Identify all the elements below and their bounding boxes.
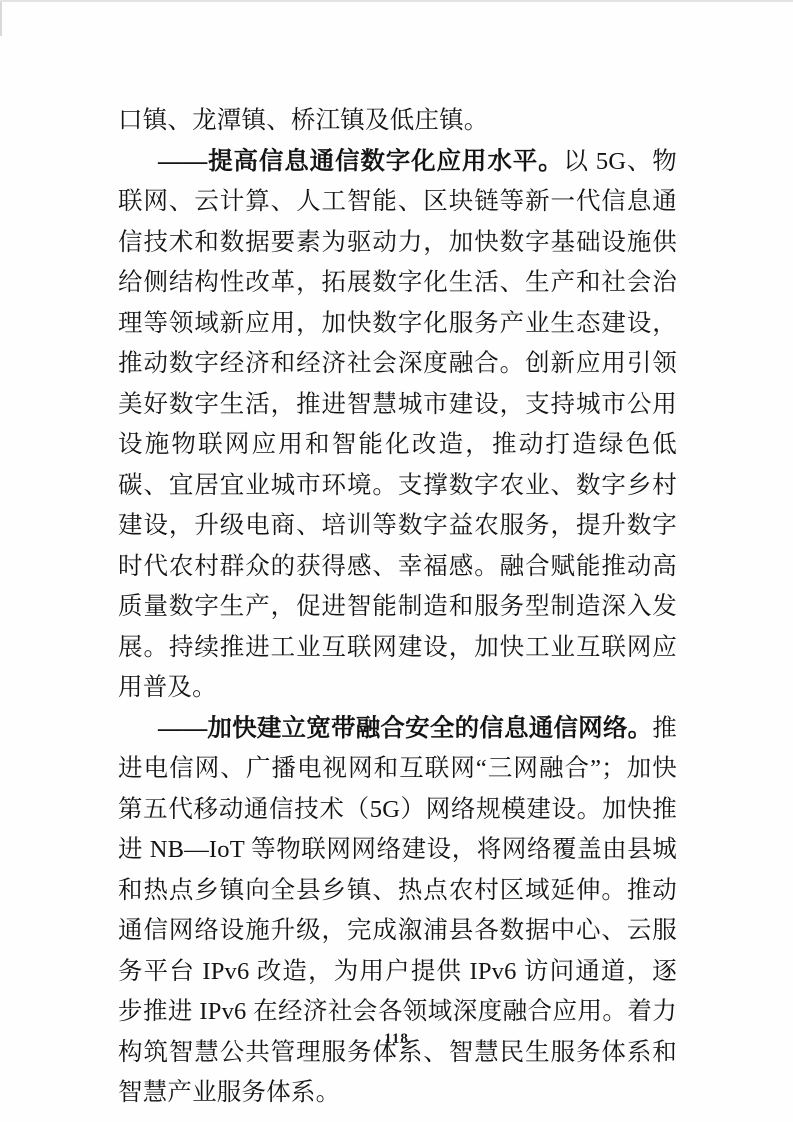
paragraph-bold-lead: ——加快建立宽带融合安全的信息通信网络。 — [158, 715, 652, 742]
paragraph-bold-lead: ——提高信息通信数字化应用水平。 — [158, 148, 563, 175]
paragraph-digital-application: ——提高信息通信数字化应用水平。以 5G、物联网、云计算、人工智能、区块链等新一… — [118, 142, 677, 709]
document-body: 口镇、龙潭镇、桥江镇及低庄镇。 ——提高信息通信数字化应用水平。以 5G、物联网… — [118, 101, 677, 1114]
paragraph-continuation: 口镇、龙潭镇、桥江镇及低庄镇。 — [118, 101, 677, 142]
paragraph-text: 以 5G、物联网、云计算、人工智能、区块链等新一代信息通信技术和数据要素为驱动力… — [118, 148, 677, 702]
page-number: 118 — [0, 1031, 793, 1048]
scan-edge-artifact — [0, 2, 2, 36]
paragraph-broadband-network: ——加快建立宽带融合安全的信息通信网络。推进电信网、广播电视网和互联网“三网融合… — [118, 709, 677, 1114]
document-page: 口镇、龙潭镇、桥江镇及低庄镇。 ——提高信息通信数字化应用水平。以 5G、物联网… — [0, 0, 793, 1122]
paragraph-text: 口镇、龙潭镇、桥江镇及低庄镇。 — [118, 107, 489, 134]
